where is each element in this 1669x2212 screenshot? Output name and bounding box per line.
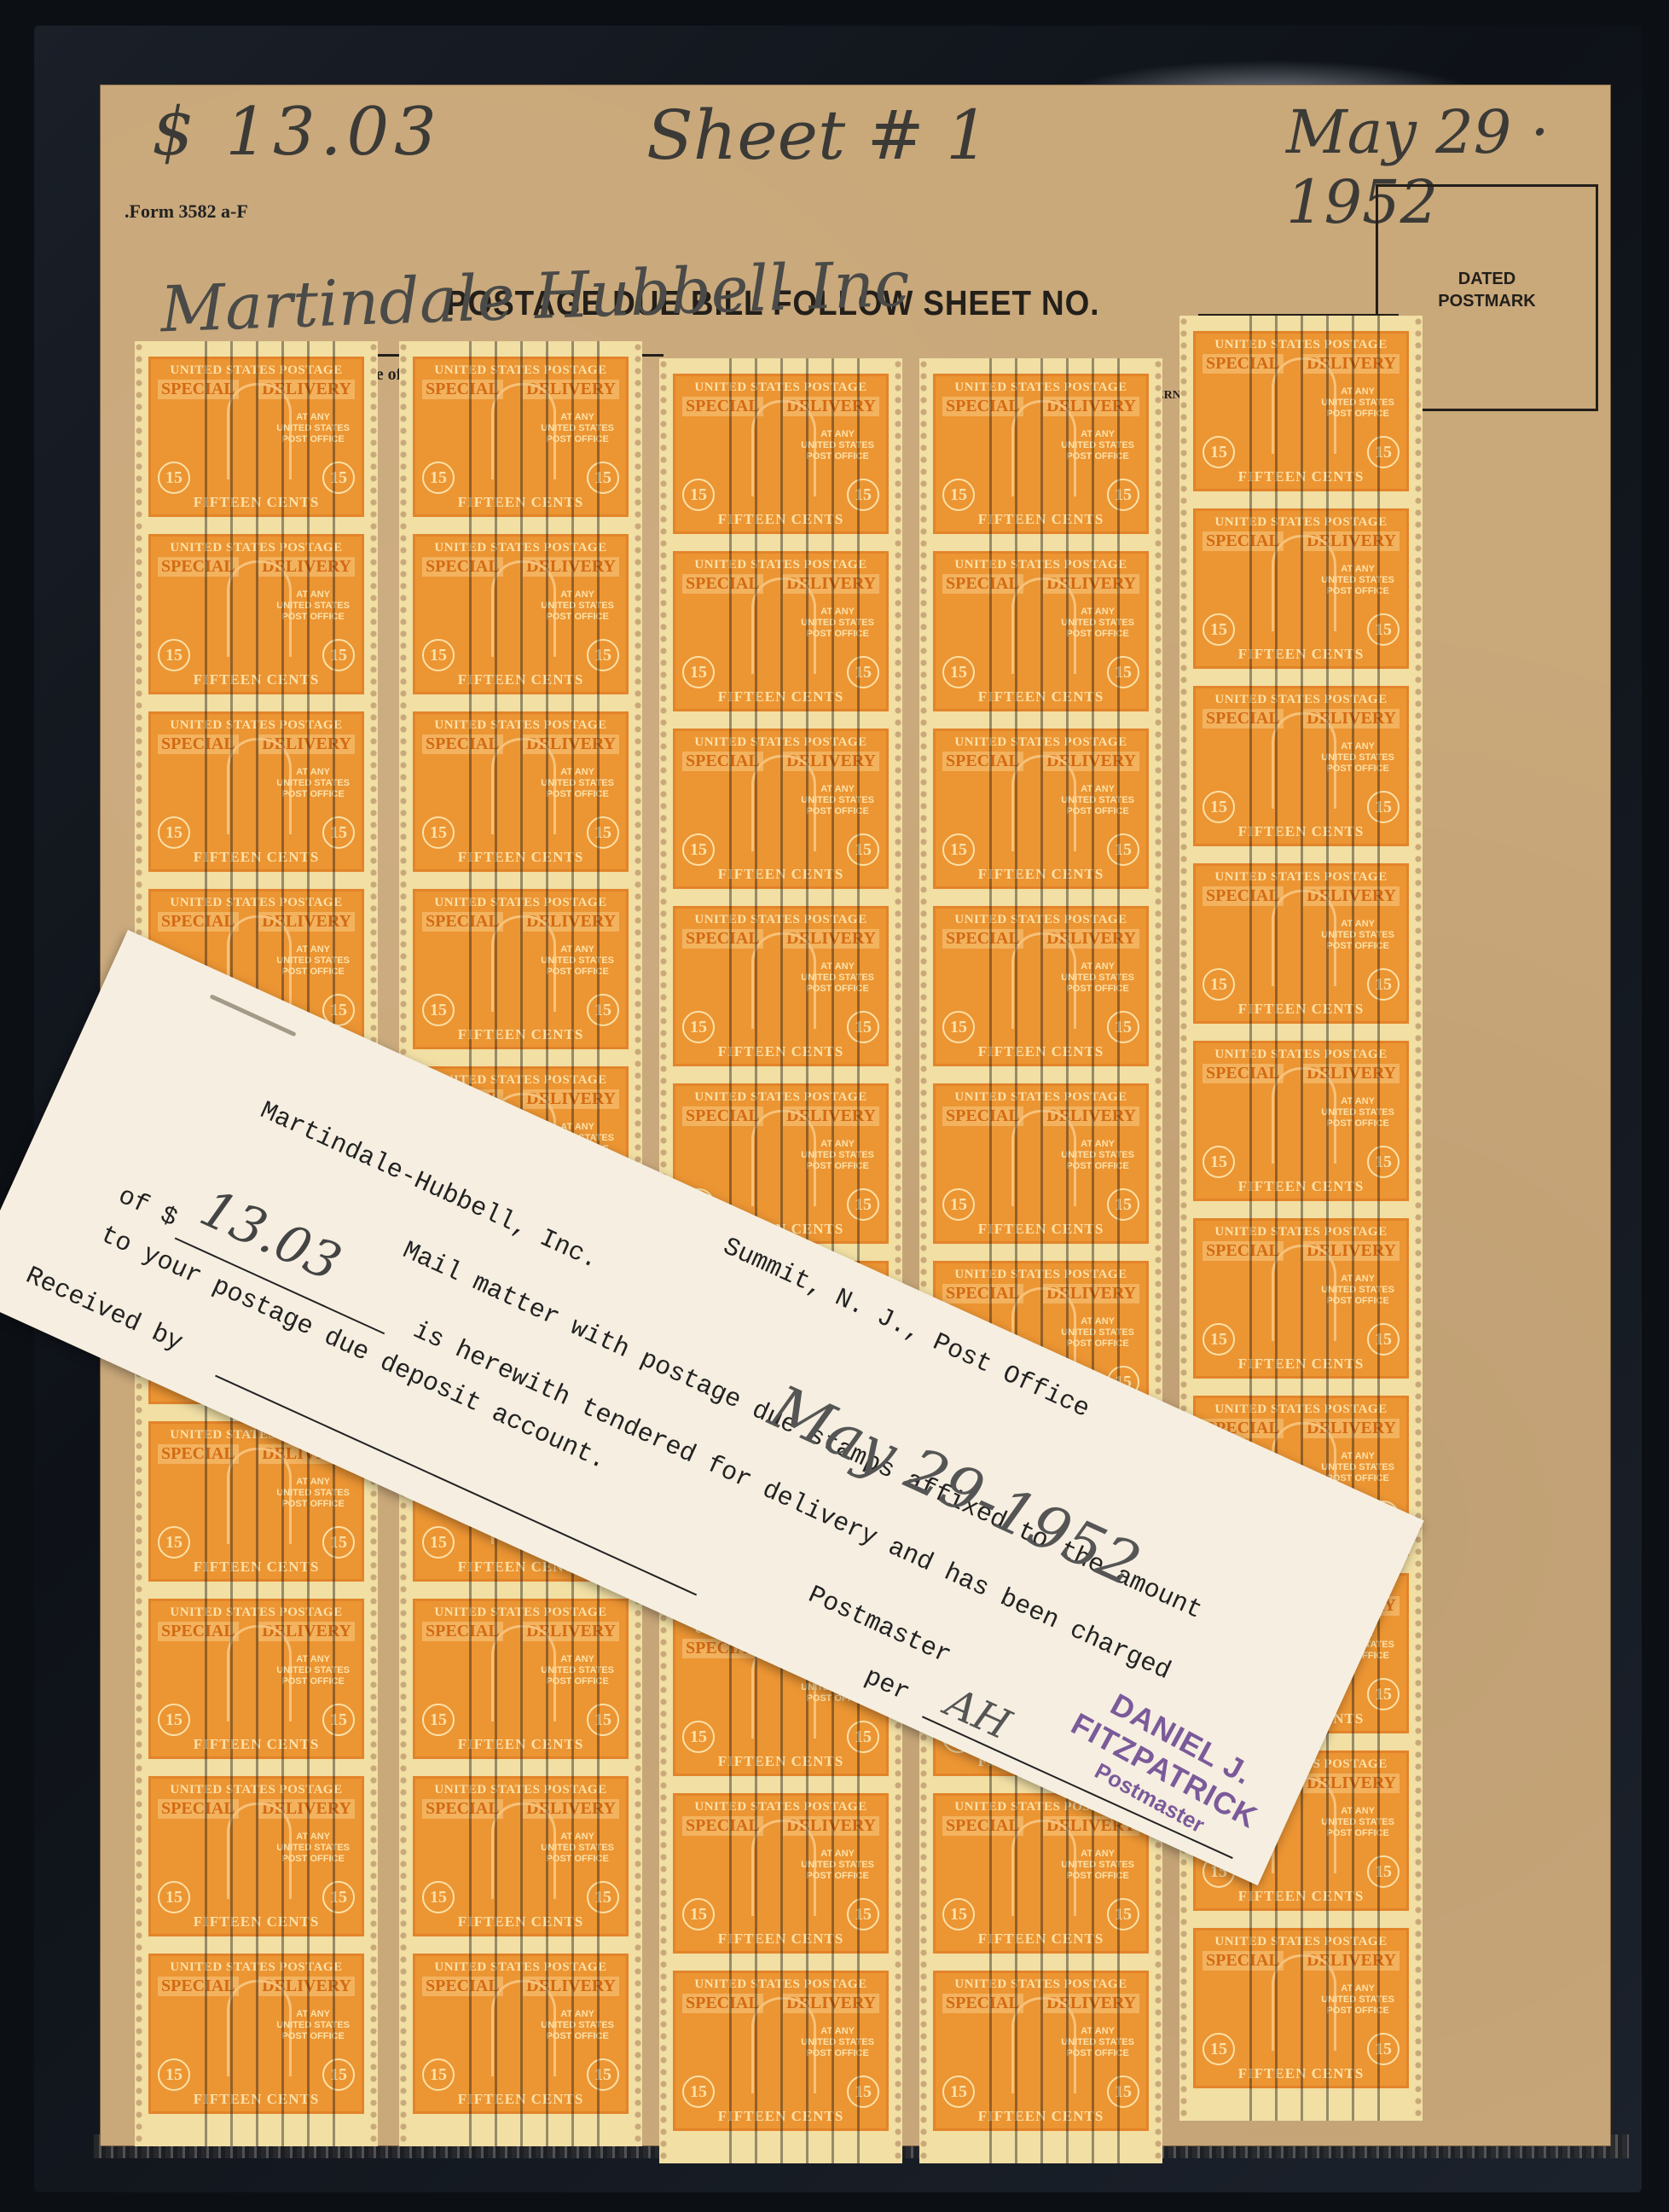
special-delivery-stamp: UNITED STATES POSTAGESPECIALDELIVERYAT A… (673, 906, 889, 1066)
stamp-left-label: SPECIAL (1202, 1241, 1284, 1261)
stamp-value-left: 15 (942, 1898, 975, 1930)
stamp-side-text: AT ANYUNITED STATESPOST OFFICE (1321, 1096, 1394, 1129)
stamp-left-label: SPECIAL (942, 1816, 1023, 1836)
stamp-value-right: 15 (1367, 968, 1400, 1001)
special-delivery-stamp: UNITED STATES POSTAGESPECIALDELIVERYAT A… (1193, 508, 1409, 669)
stamp-bottom-text: FIFTEEN CENTS (675, 866, 886, 883)
stamp-value-right: 15 (1367, 1323, 1400, 1356)
stamp-left-label: SPECIAL (1202, 354, 1284, 374)
stamp-left-label: SPECIAL (422, 1622, 503, 1641)
special-delivery-stamp: UNITED STATES POSTAGESPECIALDELIVERYAT A… (1193, 686, 1409, 846)
postmark-label: DATED POSTMARK (1378, 268, 1596, 312)
stamp-left-label: SPECIAL (422, 734, 503, 754)
stamp-left-label: SPECIAL (942, 929, 1023, 949)
stamp-bottom-text: FIFTEEN CENTS (151, 671, 362, 688)
stamp-top-text: UNITED STATES POSTAGE (151, 537, 362, 555)
stamp-left-label: SPECIAL (158, 380, 239, 399)
stamp-value-right: 15 (847, 479, 879, 511)
stamp-left-label: SPECIAL (942, 1994, 1023, 2013)
stamp-left-label: SPECIAL (422, 380, 503, 399)
stamp-value-right: 15 (1367, 1855, 1400, 1888)
stamp-top-text: UNITED STATES POSTAGE (1196, 688, 1406, 707)
stamp-value-right: 15 (322, 639, 355, 671)
stamp-value-left: 15 (422, 816, 455, 849)
per-label: per (860, 1663, 913, 1708)
stamp-top-text: UNITED STATES POSTAGE (1196, 1221, 1406, 1240)
special-delivery-stamp: UNITED STATES POSTAGESPECIALDELIVERYAT A… (148, 1599, 364, 1759)
stamp-bottom-text: FIFTEEN CENTS (151, 1736, 362, 1753)
stamp-left-label: SPECIAL (682, 397, 763, 416)
stamp-value-left: 15 (158, 816, 190, 849)
special-delivery-stamp: UNITED STATES POSTAGESPECIALDELIVERYAT A… (933, 551, 1149, 711)
stamp-side-text: AT ANYUNITED STATESPOST OFFICE (801, 2026, 874, 2059)
stamp-left-label: SPECIAL (1202, 1951, 1284, 1971)
stamp-value-right: 15 (1107, 2076, 1139, 2108)
special-delivery-stamp: UNITED STATES POSTAGESPECIALDELIVERYAT A… (413, 357, 629, 517)
stamp-value-left: 15 (682, 833, 715, 866)
stamp-top-text: UNITED STATES POSTAGE (675, 909, 886, 927)
stamp-value-left: 15 (942, 2076, 975, 2108)
special-delivery-stamp: UNITED STATES POSTAGESPECIALDELIVERYAT A… (673, 374, 889, 534)
stamp-side-text: AT ANYUNITED STATESPOST OFFICE (1321, 1806, 1394, 1839)
stamp-value-right: 15 (1107, 833, 1139, 866)
stamp-value-left: 15 (942, 1011, 975, 1043)
stamp-bottom-text: FIFTEEN CENTS (675, 2108, 886, 2125)
stamp-side-text: AT ANYUNITED STATESPOST OFFICE (1321, 1983, 1394, 2017)
stamp-value-left: 15 (422, 2058, 455, 2091)
stamp-top-text: UNITED STATES POSTAGE (1196, 866, 1406, 885)
stamp-side-text: AT ANYUNITED STATESPOST OFFICE (1061, 961, 1134, 995)
special-delivery-stamp: UNITED STATES POSTAGESPECIALDELIVERYAT A… (413, 889, 629, 1049)
stamp-top-text: UNITED STATES POSTAGE (1196, 511, 1406, 530)
stamp-value-left: 15 (422, 639, 455, 671)
stamp-bottom-text: FIFTEEN CENTS (936, 866, 1146, 883)
stamp-value-right: 15 (1107, 479, 1139, 511)
special-delivery-stamp: UNITED STATES POSTAGESPECIALDELIVERYAT A… (413, 1954, 629, 2114)
stamp-top-text: UNITED STATES POSTAGE (415, 1601, 626, 1620)
stamp-value-right: 15 (587, 462, 619, 494)
stamp-top-text: UNITED STATES POSTAGE (415, 1956, 626, 1975)
stamp-value-left: 15 (422, 1881, 455, 1913)
stamp-side-text: AT ANYUNITED STATESPOST OFFICE (276, 2009, 350, 2042)
stamp-bottom-text: FIFTEEN CENTS (1196, 1356, 1406, 1373)
stamp-side-text: AT ANYUNITED STATESPOST OFFICE (801, 429, 874, 462)
stamp-bottom-text: FIFTEEN CENTS (675, 1043, 886, 1060)
stamp-value-right: 15 (322, 1704, 355, 1736)
special-delivery-stamp: UNITED STATES POSTAGESPECIALDELIVERYAT A… (1193, 1218, 1409, 1379)
stamp-side-text: AT ANYUNITED STATESPOST OFFICE (1061, 1139, 1134, 1172)
stamp-left-label: SPECIAL (158, 1977, 239, 1996)
stamp-top-text: UNITED STATES POSTAGE (675, 731, 886, 750)
stamp-side-text: AT ANYUNITED STATESPOST OFFICE (801, 784, 874, 817)
stamp-value-left: 15 (422, 1704, 455, 1736)
stamp-bottom-text: FIFTEEN CENTS (151, 1559, 362, 1576)
stamp-top-text: UNITED STATES POSTAGE (936, 554, 1146, 572)
stamp-value-left: 15 (682, 1721, 715, 1753)
stamp-side-text: AT ANYUNITED STATESPOST OFFICE (801, 1849, 874, 1882)
stamp-bottom-text: FIFTEEN CENTS (151, 1913, 362, 1930)
stamp-value-right: 15 (322, 1881, 355, 1913)
stamp-top-text: UNITED STATES POSTAGE (415, 537, 626, 555)
stamp-value-left: 15 (158, 1526, 190, 1559)
stamp-side-text: AT ANYUNITED STATESPOST OFFICE (1061, 607, 1134, 640)
stamp-value-left: 15 (158, 462, 190, 494)
stamp-value-right: 15 (847, 1898, 879, 1930)
stamp-left-label: SPECIAL (422, 1977, 503, 1996)
stamp-left-label: SPECIAL (1202, 886, 1284, 906)
stamp-left-label: SPECIAL (942, 752, 1023, 771)
stamp-bottom-text: FIFTEEN CENTS (415, 494, 626, 511)
stamp-value-left: 15 (942, 1188, 975, 1221)
stamp-bottom-text: FIFTEEN CENTS (415, 1736, 626, 1753)
special-delivery-stamp: UNITED STATES POSTAGESPECIALDELIVERYAT A… (413, 1599, 629, 1759)
stamp-bottom-text: FIFTEEN CENTS (151, 849, 362, 866)
stamp-top-text: UNITED STATES POSTAGE (675, 1796, 886, 1814)
stamp-value-left: 15 (1202, 791, 1235, 823)
special-delivery-stamp: UNITED STATES POSTAGESPECIALDELIVERYAT A… (673, 1971, 889, 2131)
stamp-top-text: UNITED STATES POSTAGE (936, 909, 1146, 927)
stamp-value-right: 15 (322, 1526, 355, 1559)
special-delivery-stamp: UNITED STATES POSTAGESPECIALDELIVERYAT A… (1193, 331, 1409, 491)
stamp-top-text: UNITED STATES POSTAGE (151, 1779, 362, 1797)
stamp-left-label: SPECIAL (422, 912, 503, 932)
stamp-value-right: 15 (587, 1881, 619, 1913)
stamp-top-text: UNITED STATES POSTAGE (936, 1086, 1146, 1105)
stamp-bottom-text: FIFTEEN CENTS (675, 511, 886, 528)
stamp-left-label: SPECIAL (422, 1799, 503, 1819)
stamp-value-right: 15 (847, 656, 879, 688)
stamp-side-text: AT ANYUNITED STATESPOST OFFICE (1061, 1849, 1134, 1882)
stamp-value-left: 15 (682, 479, 715, 511)
stamp-value-left: 15 (942, 656, 975, 688)
special-delivery-stamp: UNITED STATES POSTAGESPECIALDELIVERYAT A… (1193, 863, 1409, 1024)
special-delivery-stamp: UNITED STATES POSTAGESPECIALDELIVERYAT A… (933, 1083, 1149, 1244)
stamp-left-label: SPECIAL (942, 574, 1023, 594)
stamp-value-left: 15 (1202, 1323, 1235, 1356)
stamp-top-text: UNITED STATES POSTAGE (151, 1956, 362, 1975)
stamp-left-label: SPECIAL (682, 929, 763, 949)
stamp-value-left: 15 (158, 2058, 190, 2091)
stamp-top-text: UNITED STATES POSTAGE (415, 714, 626, 733)
stamp-bottom-text: FIFTEEN CENTS (151, 494, 362, 511)
special-delivery-stamp: UNITED STATES POSTAGESPECIALDELIVERYAT A… (673, 1793, 889, 1954)
stamp-value-left: 15 (422, 1526, 455, 1559)
stamp-side-text: AT ANYUNITED STATESPOST OFFICE (541, 589, 614, 623)
stamp-top-text: UNITED STATES POSTAGE (936, 1973, 1146, 1992)
stamp-bottom-text: FIFTEEN CENTS (415, 1026, 626, 1043)
stamp-side-text: AT ANYUNITED STATESPOST OFFICE (276, 1477, 350, 1510)
stamp-value-left: 15 (942, 833, 975, 866)
stamp-value-right: 15 (587, 639, 619, 671)
stamp-left-label: SPECIAL (1202, 531, 1284, 551)
stamp-bottom-text: FIFTEEN CENTS (1196, 1888, 1406, 1905)
stamp-value-left: 15 (422, 462, 455, 494)
stamp-side-text: AT ANYUNITED STATESPOST OFFICE (801, 1139, 874, 1172)
stamp-value-left: 15 (682, 656, 715, 688)
special-delivery-stamp: UNITED STATES POSTAGESPECIALDELIVERYAT A… (673, 551, 889, 711)
stamp-value-right: 15 (847, 833, 879, 866)
stamp-left-label: SPECIAL (158, 734, 239, 754)
special-delivery-stamp: UNITED STATES POSTAGESPECIALDELIVERYAT A… (413, 1776, 629, 1936)
stamp-bottom-text: FIFTEEN CENTS (936, 511, 1146, 528)
stamp-side-text: AT ANYUNITED STATESPOST OFFICE (1061, 784, 1134, 817)
stamp-value-left: 15 (682, 2076, 715, 2108)
special-delivery-stamp: UNITED STATES POSTAGESPECIALDELIVERYAT A… (148, 357, 364, 517)
special-delivery-stamp: UNITED STATES POSTAGESPECIALDELIVERYAT A… (148, 1776, 364, 1936)
stamp-value-right: 15 (847, 2076, 879, 2108)
stamp-bottom-text: FIFTEEN CENTS (675, 1753, 886, 1770)
stamp-value-right: 15 (587, 2058, 619, 2091)
stamp-side-text: AT ANYUNITED STATESPOST OFFICE (541, 767, 614, 800)
stamp-side-text: AT ANYUNITED STATESPOST OFFICE (276, 1654, 350, 1687)
stamp-bottom-text: FIFTEEN CENTS (1196, 468, 1406, 485)
stamp-top-text: UNITED STATES POSTAGE (1196, 1043, 1406, 1062)
stamp-left-label: SPECIAL (1202, 709, 1284, 729)
stamp-left-label: SPECIAL (158, 1444, 239, 1464)
stamp-top-text: UNITED STATES POSTAGE (1196, 334, 1406, 352)
stamp-value-right: 15 (847, 1011, 879, 1043)
stamp-value-left: 15 (1202, 1146, 1235, 1178)
special-delivery-stamp: UNITED STATES POSTAGESPECIALDELIVERYAT A… (673, 729, 889, 889)
stamp-side-text: AT ANYUNITED STATESPOST OFFICE (1321, 564, 1394, 597)
stamp-side-text: AT ANYUNITED STATESPOST OFFICE (801, 607, 874, 640)
special-delivery-stamp: UNITED STATES POSTAGESPECIALDELIVERYAT A… (148, 1954, 364, 2114)
stamp-value-right: 15 (322, 462, 355, 494)
stamp-side-text: AT ANYUNITED STATESPOST OFFICE (1321, 386, 1394, 420)
stamp-value-right: 15 (587, 1704, 619, 1736)
handwritten-sheet-number: Sheet # 1 (646, 96, 989, 175)
stamp-side-text: AT ANYUNITED STATESPOST OFFICE (1061, 429, 1134, 462)
stamp-bottom-text: FIFTEEN CENTS (1196, 2065, 1406, 2082)
stamp-top-text: UNITED STATES POSTAGE (415, 1779, 626, 1797)
stamp-value-right: 15 (1367, 436, 1400, 468)
stamp-value-right: 15 (1367, 2033, 1400, 2065)
stamp-bottom-text: FIFTEEN CENTS (151, 2091, 362, 2108)
stamp-top-text: UNITED STATES POSTAGE (936, 731, 1146, 750)
stamp-top-text: UNITED STATES POSTAGE (415, 891, 626, 910)
stamp-value-right: 15 (1107, 656, 1139, 688)
stamp-bottom-text: FIFTEEN CENTS (415, 671, 626, 688)
stamp-bottom-text: FIFTEEN CENTS (415, 1913, 626, 1930)
stamp-value-left: 15 (422, 994, 455, 1026)
stamp-bottom-text: FIFTEEN CENTS (675, 1930, 886, 1948)
slip-amount-label: of $ (113, 1181, 182, 1234)
handwritten-amount: $ 13.03 (152, 94, 442, 171)
stamp-value-left: 15 (1202, 968, 1235, 1001)
stamp-side-text: AT ANYUNITED STATESPOST OFFICE (276, 767, 350, 800)
stamp-value-right: 15 (1367, 613, 1400, 646)
special-delivery-stamp: UNITED STATES POSTAGESPECIALDELIVERYAT A… (1193, 1928, 1409, 2088)
stamp-left-label: SPECIAL (682, 1106, 763, 1126)
stamp-bottom-text: FIFTEEN CENTS (936, 1043, 1146, 1060)
stamp-left-label: SPECIAL (158, 557, 239, 577)
stamp-bottom-text: FIFTEEN CENTS (936, 1930, 1146, 1948)
stamp-value-left: 15 (158, 639, 190, 671)
special-delivery-stamp: UNITED STATES POSTAGESPECIALDELIVERYAT A… (148, 534, 364, 694)
stamp-side-text: AT ANYUNITED STATESPOST OFFICE (1061, 1316, 1134, 1350)
stamp-left-label: SPECIAL (942, 1106, 1023, 1126)
stamp-side-text: AT ANYUNITED STATESPOST OFFICE (276, 589, 350, 623)
stamp-top-text: UNITED STATES POSTAGE (675, 1973, 886, 1992)
stamp-value-left: 15 (1202, 2033, 1235, 2065)
special-delivery-stamp: UNITED STATES POSTAGESPECIALDELIVERYAT A… (933, 906, 1149, 1066)
stamp-value-right: 15 (1107, 1188, 1139, 1221)
special-delivery-stamp: UNITED STATES POSTAGESPECIALDELIVERYAT A… (413, 711, 629, 872)
form-number: .Form 3582 a-F (125, 200, 248, 223)
stamp-side-text: AT ANYUNITED STATESPOST OFFICE (541, 1832, 614, 1865)
stamp-value-left: 15 (682, 1898, 715, 1930)
stamp-value-right: 15 (1107, 1011, 1139, 1043)
stamp-side-text: AT ANYUNITED STATESPOST OFFICE (541, 412, 614, 445)
stamp-value-right: 15 (847, 1188, 879, 1221)
stamp-top-text: UNITED STATES POSTAGE (675, 554, 886, 572)
stamp-top-text: UNITED STATES POSTAGE (151, 359, 362, 378)
stamp-top-text: UNITED STATES POSTAGE (936, 376, 1146, 395)
stamp-left-label: SPECIAL (682, 574, 763, 594)
stamp-top-text: UNITED STATES POSTAGE (1196, 1398, 1406, 1417)
postmaster-label: Postmaster (803, 1581, 955, 1671)
stamp-left-label: SPECIAL (682, 752, 763, 771)
stamp-left-label: SPECIAL (942, 1284, 1023, 1303)
stamp-value-left: 15 (682, 1011, 715, 1043)
stamp-value-right: 15 (322, 2058, 355, 2091)
stamp-bottom-text: FIFTEEN CENTS (1196, 1001, 1406, 1018)
stamp-bottom-text: FIFTEEN CENTS (415, 849, 626, 866)
stamp-value-right: 15 (587, 816, 619, 849)
postmark-label-line2: POSTMARK (1378, 290, 1596, 312)
stamp-value-right: 15 (1367, 1678, 1400, 1710)
stamp-value-left: 15 (158, 1704, 190, 1736)
stamp-bottom-text: FIFTEEN CENTS (1196, 646, 1406, 663)
special-delivery-stamp: UNITED STATES POSTAGESPECIALDELIVERYAT A… (933, 374, 1149, 534)
staple-mark (210, 994, 297, 1036)
stamp-value-left: 15 (158, 1881, 190, 1913)
stamp-bottom-text: FIFTEEN CENTS (1196, 1178, 1406, 1195)
stamp-left-label: SPECIAL (682, 1994, 763, 2013)
stamp-top-text: UNITED STATES POSTAGE (936, 1263, 1146, 1282)
stamp-bottom-text: FIFTEEN CENTS (936, 2108, 1146, 2125)
stamp-side-text: AT ANYUNITED STATESPOST OFFICE (1321, 741, 1394, 775)
stamp-value-right: 15 (847, 1721, 879, 1753)
stamp-side-text: AT ANYUNITED STATESPOST OFFICE (1321, 1274, 1394, 1307)
stamp-left-label: SPECIAL (158, 1799, 239, 1819)
stamp-bottom-text: FIFTEEN CENTS (936, 688, 1146, 705)
stamp-side-text: AT ANYUNITED STATESPOST OFFICE (541, 2009, 614, 2042)
stamp-left-label: SPECIAL (682, 1816, 763, 1836)
stamp-side-text: AT ANYUNITED STATESPOST OFFICE (276, 1832, 350, 1865)
special-delivery-stamp: UNITED STATES POSTAGESPECIALDELIVERYAT A… (413, 534, 629, 694)
stamp-top-text: UNITED STATES POSTAGE (151, 891, 362, 910)
stamp-bottom-text: FIFTEEN CENTS (675, 688, 886, 705)
stamp-left-label: SPECIAL (422, 557, 503, 577)
stamp-side-text: AT ANYUNITED STATESPOST OFFICE (276, 944, 350, 978)
stamp-top-text: UNITED STATES POSTAGE (675, 1086, 886, 1105)
stamp-side-text: AT ANYUNITED STATESPOST OFFICE (276, 412, 350, 445)
stamp-top-text: UNITED STATES POSTAGE (151, 1601, 362, 1620)
stamp-top-text: UNITED STATES POSTAGE (1196, 1930, 1406, 1949)
stamp-value-left: 15 (1202, 613, 1235, 646)
stamp-bottom-text: FIFTEEN CENTS (1196, 823, 1406, 840)
special-delivery-stamp: UNITED STATES POSTAGESPECIALDELIVERYAT A… (1193, 1041, 1409, 1201)
handwritten-patron-name: Martindale Hubbell Inc (159, 247, 911, 347)
stamp-side-text: AT ANYUNITED STATESPOST OFFICE (1321, 919, 1394, 952)
stamp-left-label: SPECIAL (942, 397, 1023, 416)
stamp-left-label: SPECIAL (158, 912, 239, 932)
stamp-value-right: 15 (322, 816, 355, 849)
stamp-value-left: 15 (942, 479, 975, 511)
stamp-top-text: UNITED STATES POSTAGE (415, 359, 626, 378)
stamp-side-text: AT ANYUNITED STATESPOST OFFICE (801, 961, 874, 995)
handwritten-initials: AH (938, 1679, 1017, 1750)
stamp-value-right: 15 (587, 994, 619, 1026)
stamp-value-right: 15 (1367, 1146, 1400, 1178)
stamp-left-label: SPECIAL (158, 1622, 239, 1641)
stamp-column: UNITED STATES POSTAGESPECIALDELIVERYAT A… (919, 358, 1162, 2163)
stamp-side-text: AT ANYUNITED STATESPOST OFFICE (1061, 2026, 1134, 2059)
stamp-left-label: SPECIAL (1202, 1064, 1284, 1083)
stamp-value-left: 15 (1202, 436, 1235, 468)
stamp-side-text: AT ANYUNITED STATESPOST OFFICE (541, 1654, 614, 1687)
postmark-label-line1: DATED (1378, 268, 1596, 290)
stamp-top-text: UNITED STATES POSTAGE (151, 714, 362, 733)
stamp-top-text: UNITED STATES POSTAGE (675, 376, 886, 395)
stamp-value-right: 15 (1367, 791, 1400, 823)
stamp-bottom-text: FIFTEEN CENTS (936, 1221, 1146, 1238)
stamp-side-text: AT ANYUNITED STATESPOST OFFICE (541, 944, 614, 978)
stamp-bottom-text: FIFTEEN CENTS (415, 2091, 626, 2108)
special-delivery-stamp: UNITED STATES POSTAGESPECIALDELIVERYAT A… (933, 729, 1149, 889)
stamp-value-right: 15 (1107, 1898, 1139, 1930)
special-delivery-stamp: UNITED STATES POSTAGESPECIALDELIVERYAT A… (933, 1971, 1149, 2131)
special-delivery-stamp: UNITED STATES POSTAGESPECIALDELIVERYAT A… (148, 711, 364, 872)
